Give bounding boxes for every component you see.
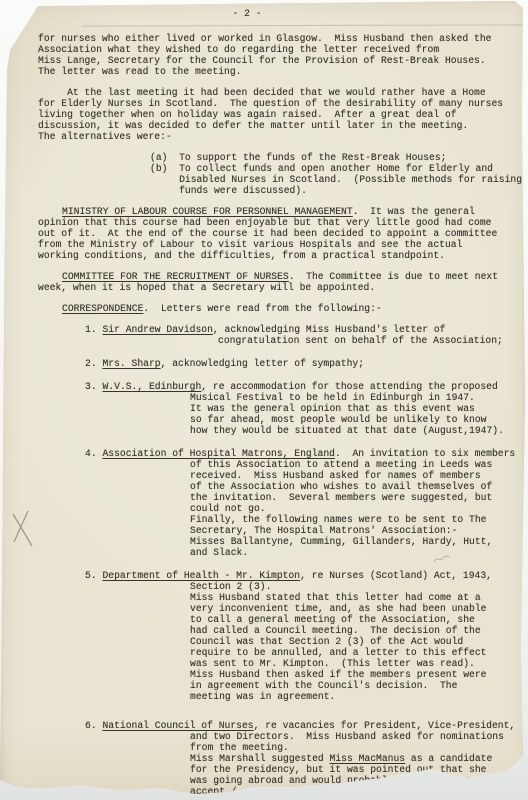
scan-background: - 2 - for nurses who either lived or wor… [0, 0, 528, 800]
item-heading-line: 1. Sir Andrew Davidson, acknowledging Mi… [85, 324, 522, 335]
section-title: COMMITTEE FOR THE RECRUITMENT OF NURSES [62, 271, 289, 282]
text-line: Musical Festival to be held in Edinburgh… [190, 392, 522, 403]
text-line: opinion that this course had been enjoya… [38, 217, 522, 228]
text-line: Miss Lange, Secretary for the Council fo… [38, 55, 522, 66]
text-line: congratulation sent on behalf of the Ass… [218, 335, 522, 346]
item-heading-rest: , re vacancies for President, Vice-Presi… [254, 720, 516, 731]
correspondence-item-1: 1. Sir Andrew Davidson, acknowledging Mi… [38, 324, 522, 346]
item-continuation: of this Association to attend a meeting … [190, 459, 522, 558]
text-line: was going abroad and would probably be u… [190, 775, 522, 786]
item-number: 4. [85, 448, 102, 459]
item-heading-rest: , acknowledging letter of sympathy; [161, 358, 364, 369]
document-page: - 2 - for nurses who either lived or wor… [0, 0, 528, 800]
paragraph-home-for-elderly-nurses: At the last meeting it had been decided … [38, 87, 522, 142]
text-line: to call a general meeting of the Associa… [190, 614, 522, 625]
text-line: accept./ [190, 786, 522, 797]
text-line: from the Ministry of Labour to visit var… [38, 239, 522, 250]
text-line: out of it. At the end of the course it h… [38, 228, 522, 239]
text-line: of the Association who wishes to avail t… [190, 481, 522, 492]
item-continuation: Section 2 (3).Miss Husband stated that t… [190, 581, 522, 702]
section-heading-rest: . It was the general [353, 206, 475, 217]
special-line-after: as a candidate [405, 753, 492, 764]
item-heading-rest: . An invitation to six members [335, 448, 515, 459]
text-line: Association what they wished to do regar… [38, 44, 522, 55]
paragraph-rest-break-houses: for nurses who either lived or worked in… [38, 33, 522, 77]
text-line: for nurses who either lived or worked in… [38, 33, 522, 44]
text-line: working conditions, and the difficulties… [38, 250, 522, 261]
item-title: Association of Hospital Matrons, England [102, 448, 335, 459]
section-title: CORRESPONDENCE [62, 303, 143, 314]
item-heading-line: 3. W.V.S., Edinburgh, re accommodation f… [85, 381, 522, 392]
typed-text: - 2 - for nurses who either lived or wor… [38, 8, 522, 797]
text-line: was sent to Mr. Kimpton. (This letter wa… [190, 658, 522, 669]
section-heading-rest: . The Committee is due to meet next [289, 271, 498, 282]
text-line: meeting was in agreement. [190, 691, 522, 702]
section-heading-line: CORRESPONDENCE. Letters were read from t… [38, 303, 522, 314]
correspondence-item-5: 5. Department of Health - Mr. Kimpton, r… [38, 570, 522, 702]
item-title: W.V.S., Edinburgh [102, 381, 201, 392]
correspondence-item-6: 6. National Council of Nurses, re vacanc… [38, 720, 522, 797]
section-body: week, when it is hoped that a Secretary … [38, 282, 522, 293]
special-line-before: Miss Marshall suggested [190, 753, 330, 764]
section-heading-rest: . Letters were read from the following:- [143, 303, 381, 314]
text-line: and two Directors. Miss Husband asked fo… [190, 731, 522, 742]
item-number: 3. [85, 381, 102, 392]
text-line: received. Miss Husband asked for names o… [190, 470, 522, 481]
section-correspondence: CORRESPONDENCE. Letters were read from t… [38, 303, 522, 314]
correspondence-item-3: 3. W.V.S., Edinburgh, re accommodation f… [38, 381, 522, 436]
item-heading-line: 5. Department of Health - Mr. Kimpton, r… [85, 570, 522, 581]
item-heading-rest: , acknowledging Miss Husband's letter of [213, 324, 446, 335]
item-number: 2. [85, 358, 102, 369]
item-continuation: and two Directors. Miss Husband asked fo… [190, 731, 522, 753]
item-title: Mrs. Sharp [102, 358, 160, 369]
item-title: Sir Andrew Davidson [102, 324, 212, 335]
text-line: for the Presidency, but it was pointed o… [190, 764, 522, 775]
text-line: and Slack. [190, 547, 522, 558]
text-line: Disabled Nurses in Scotland. (Possible m… [38, 174, 522, 185]
text-line: discussion, it was decided to defer the … [38, 120, 522, 131]
item-continuation: for the Presidency, but it was pointed o… [190, 764, 522, 797]
text-line: week, when it is hoped that a Secretary … [38, 282, 522, 293]
text-line: Secretary, The Hospital Matrons' Associa… [190, 525, 522, 536]
item-continuation: congratulation sent on behalf of the Ass… [218, 335, 522, 346]
text-line: of this Association to attend a meeting … [190, 459, 522, 470]
section-body: opinion that this course had been enjoya… [38, 217, 522, 261]
item-number: 6. [85, 720, 102, 731]
section-heading-line: MINISTRY OF LABOUR COURSE FOR PERSONNEL … [38, 206, 522, 217]
text-line: The alternatives were:- [38, 131, 522, 142]
item-number: 5. [85, 570, 102, 581]
text-line: Section 2 (3). [190, 581, 522, 592]
item-heading-rest: , re accommodation for those attending t… [201, 381, 498, 392]
text-line: Miss Marshall suggested Miss MacManus as… [190, 753, 522, 764]
section-recruitment-committee: COMMITTEE FOR THE RECRUITMENT OF NURSES.… [38, 271, 522, 293]
text-line: the invitation. Several members were sug… [190, 492, 522, 503]
correspondence-item-4: 4. Association of Hospital Matrons, Engl… [38, 448, 522, 558]
text-line: require to be annulled, and a letter to … [190, 647, 522, 658]
item-continuation: Musical Festival to be held in Edinburgh… [190, 392, 522, 436]
text-line: for Elderly Nurses in Scotland. The ques… [38, 98, 522, 109]
text-line: Miss Husband stated that this letter had… [190, 592, 522, 603]
text-line: very inconvenient time, and, as she had … [190, 603, 522, 614]
item-heading-line: 6. National Council of Nurses, re vacanc… [85, 720, 522, 731]
text-line: funds were discussed). [38, 185, 522, 196]
text-line: (b) To collect funds and open another Ho… [38, 163, 522, 174]
text-line: so far ahead, most people would be unlik… [190, 414, 522, 425]
item-heading-line: 4. Association of Hospital Matrons, Engl… [85, 448, 522, 459]
text-line: could not go. [190, 503, 522, 514]
text-line: Misses Ballantyne, Cumming, Gillanders, … [190, 536, 522, 547]
text-line: had called a Council meeting. The decisi… [190, 625, 522, 636]
text-line: in agreement with the Council's decision… [190, 680, 522, 691]
section-title: MINISTRY OF LABOUR COURSE FOR PERSONNEL … [62, 206, 353, 217]
text-line: Miss Husband then asked if the members p… [190, 669, 522, 680]
underlined-name: Miss MacManus [330, 753, 406, 764]
page-number: - 2 - [38, 8, 456, 19]
text-line: (a) To support the funds of the Rest-Bre… [38, 152, 522, 163]
item-title: National Council of Nurses [102, 720, 253, 731]
text-line: how they would be situated at that date … [190, 425, 522, 436]
item-heading-line: 2. Mrs. Sharp, acknowledging letter of s… [85, 358, 522, 369]
section-heading-line: COMMITTEE FOR THE RECRUITMENT OF NURSES.… [38, 271, 522, 282]
text-line: It was the general opinion that as this … [190, 403, 522, 414]
pencil-x-mark [8, 509, 38, 551]
text-line: Finally, the following names were to be … [190, 514, 522, 525]
correspondence-item-2: 2. Mrs. Sharp, acknowledging letter of s… [38, 358, 522, 369]
text-line: The letter was read to the meeting. [38, 66, 522, 77]
text-line: living together when on holiday was agai… [38, 109, 522, 120]
text-line: At the last meeting it had been decided … [38, 87, 522, 98]
item-title: Department of Health - Mr. Kimpton [102, 570, 300, 581]
item-continuation: Miss Marshall suggested Miss MacManus as… [190, 753, 522, 764]
alternatives-list: (a) To support the funds of the Rest-Bre… [38, 152, 522, 196]
section-ministry-of-labour: MINISTRY OF LABOUR COURSE FOR PERSONNEL … [38, 206, 522, 261]
item-number: 1. [85, 324, 102, 335]
item-heading-rest: , re Nurses (Scotland) Act, 1943, [300, 570, 492, 581]
text-line: Council was that Section 2 (3) of the Ac… [190, 636, 522, 647]
text-line: from the meeting. [190, 742, 522, 753]
